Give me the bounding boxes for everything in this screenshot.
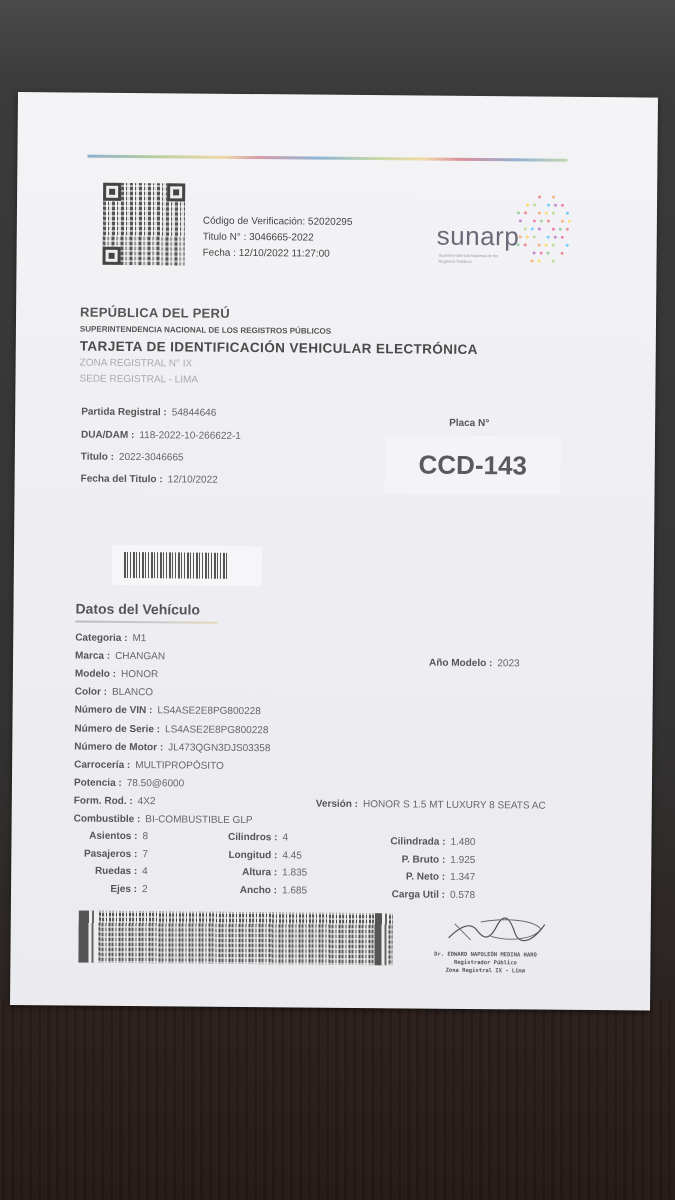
registry-item: DUA/DAM :118-2022-10-266622-1 xyxy=(81,430,241,442)
vehicle-field-value: JL473QGN3DJS03358 xyxy=(168,742,270,754)
vehicle-field: Color :BLANCO xyxy=(75,687,153,699)
header-color-rule xyxy=(87,155,567,162)
registry-item: Fecha del Titulo :12/10/2022 xyxy=(81,474,218,486)
spec-label: Altura : xyxy=(201,867,277,879)
spec-item: Cilindrada :1.480 xyxy=(369,836,479,848)
vehicle-field-label: Modelo : xyxy=(75,669,116,680)
spec-value: 2 xyxy=(142,884,148,895)
signatory-zone: Zona Registral IX - Lima xyxy=(415,967,555,976)
spec-item: Longitud :4.45 xyxy=(201,849,301,861)
spec-value: 4 xyxy=(282,832,288,843)
vehicle-field-value: BI-COMBUSTIBLE GLP xyxy=(145,814,252,826)
vehicle-field-value: CHANGAN xyxy=(115,651,165,662)
verification-code-label: Código de Verificación: xyxy=(203,216,305,228)
registry-label: Titulo : xyxy=(81,452,114,463)
registry-value: 118-2022-10-266622-1 xyxy=(139,430,241,442)
issue-date: Fecha : 12/10/2022 11:27:00 xyxy=(203,246,353,263)
spec-item: Ejes :2 xyxy=(71,883,171,895)
vehicle-field-label: Marca : xyxy=(75,651,110,662)
spec-item: Altura :1.835 xyxy=(201,867,301,879)
logo-wordmark: sunarp xyxy=(437,221,520,253)
verification-block: Código de Verificación: 52020295 Titulo … xyxy=(203,214,353,263)
vehicle-field-label: Color : xyxy=(75,687,107,698)
registry-zone: ZONA REGISTRAL N° IX xyxy=(80,358,193,370)
vehicle-field: Número de Serie :LS4ASE2E8PG800228 xyxy=(74,723,268,736)
spec-item: P. Bruto :1.925 xyxy=(369,854,479,866)
vehicle-field: Marca :CHANGAN xyxy=(75,651,165,663)
verification-code: Código de Verificación: 52020295 xyxy=(203,214,353,231)
signatory-block: Dr. EDWARD NAPOLEÓN MEDINA HARO Registra… xyxy=(415,951,555,976)
plate-label: Placa N° xyxy=(449,418,489,429)
registry-item: Titulo :2022-3046665 xyxy=(81,452,184,464)
spec-item: Asientos :8 xyxy=(71,830,171,842)
agency-heading: SUPERINTENDENCIA NACIONAL DE LOS REGISTR… xyxy=(80,325,331,336)
vehicle-section-title: Datos del Vehículo xyxy=(75,601,200,618)
pdf417-barcode-icon xyxy=(78,911,392,966)
plate-box: CCD-143 xyxy=(385,435,561,495)
vehicle-field-value: BLANCO xyxy=(112,687,153,698)
country-heading: REPÚBLICA DEL PERÚ xyxy=(80,305,230,321)
vehicle-specs: Asientos :8Pasajeros :7Ruedas :4Ejes :2C… xyxy=(18,92,658,98)
spec-value: 8 xyxy=(142,831,148,842)
vehicle-field-label: Potencia : xyxy=(74,777,122,788)
registry-label: Partida Registral : xyxy=(81,407,167,419)
spec-label: Ancho : xyxy=(201,884,277,896)
spec-item: P. Neto :1.347 xyxy=(369,871,479,883)
plate-number: CCD-143 xyxy=(385,449,561,482)
vehicle-field-value: LS4ASE2E8PG800228 xyxy=(157,706,261,718)
registry-label: DUA/DAM : xyxy=(81,430,134,441)
issue-date-value: 12/10/2022 11:27:00 xyxy=(239,248,330,260)
vehicle-field: Número de VIN :LS4ASE2E8PG800228 xyxy=(75,705,261,718)
spec-item: Ruedas :4 xyxy=(71,865,171,877)
wood-table-surface xyxy=(0,1000,675,1200)
qr-code-icon xyxy=(102,183,185,266)
spec-label: P. Neto : xyxy=(369,871,445,883)
logo-subtitle: Superintendencia Nacional de los Registr… xyxy=(439,253,509,266)
title-number-label: Titulo N° : xyxy=(203,232,247,243)
spec-value: 1.347 xyxy=(450,872,475,883)
version-value: HONOR S 1.5 MT LUXURY 8 SEATS AC xyxy=(363,799,546,812)
vehicle-field-label: Carrocería : xyxy=(74,759,130,770)
vehicle-field: Potencia :78.50@6000 xyxy=(74,777,184,789)
model-year-label: Año Modelo : xyxy=(429,658,492,670)
spec-value: 4.45 xyxy=(282,850,302,861)
vehicle-field-label: Número de Motor : xyxy=(74,741,163,753)
spec-label: Cilindros : xyxy=(201,832,277,844)
section-divider xyxy=(75,621,217,624)
vehicle-field: Form. Rod. :4X2 xyxy=(74,795,156,807)
vehicle-field-value: LS4ASE2E8PG800228 xyxy=(165,724,269,736)
vehicle-field-value: 78.50@6000 xyxy=(127,778,185,790)
vehicle-field-label: Número de VIN : xyxy=(75,705,153,717)
vehicle-field: Carrocería :MULTIPROPÓSITO xyxy=(74,759,224,771)
spec-value: 1.685 xyxy=(282,885,307,896)
sunarp-logo: sunarp Superintendencia Nacional de los … xyxy=(436,191,577,272)
barcode-icon xyxy=(124,552,228,579)
registry-item: Partida Registral :54844646 xyxy=(81,407,216,419)
spec-value: 1.835 xyxy=(282,867,307,878)
spec-value: 1.925 xyxy=(450,854,475,865)
signature-icon xyxy=(441,916,551,947)
vehicle-field-value: MULTIPROPÓSITO xyxy=(135,760,224,772)
spec-item: Pasajeros :7 xyxy=(71,848,171,860)
verification-code-value: 52020295 xyxy=(308,217,353,228)
spec-label: Carga Util : xyxy=(369,889,445,901)
registry-value: 54844646 xyxy=(172,407,217,418)
document-title: TARJETA DE IDENTIFICACIÓN VEHICULAR ELEC… xyxy=(80,339,478,357)
vehicle-field: Categoria :M1 xyxy=(75,633,146,645)
registry-office: SEDE REGISTRAL - LIMA xyxy=(79,374,198,386)
vehicle-field: Modelo :HONOR xyxy=(75,669,158,681)
spec-value: 4 xyxy=(142,866,148,877)
vehicle-field-label: Número de Serie : xyxy=(74,723,160,735)
spec-label: Asientos : xyxy=(71,830,137,842)
spec-value: 1.480 xyxy=(450,837,475,848)
spec-label: Pasajeros : xyxy=(71,848,137,860)
spec-label: Ejes : xyxy=(71,883,137,895)
spec-value: 7 xyxy=(142,849,148,860)
model-year-value: 2023 xyxy=(497,658,519,669)
spec-item: Carga Util :0.578 xyxy=(369,889,479,901)
version: Versión :HONOR S 1.5 MT LUXURY 8 SEATS A… xyxy=(316,799,546,812)
vehicle-field: Número de Motor :JL473QGN3DJS03358 xyxy=(74,741,270,754)
title-number-value: 3046665-2022 xyxy=(249,232,314,244)
vehicle-field-label: Form. Rod. : xyxy=(74,795,133,807)
title-number: Titulo N° : 3046665-2022 xyxy=(203,230,353,247)
spec-value: 0.578 xyxy=(450,889,475,900)
spec-label: Ruedas : xyxy=(71,865,137,877)
qr-finder-icon xyxy=(167,183,185,201)
logo-dots-icon xyxy=(508,191,575,268)
qr-finder-icon xyxy=(102,247,120,265)
registry-value: 12/10/2022 xyxy=(168,474,218,485)
qr-finder-icon xyxy=(103,183,121,201)
issue-date-label: Fecha : xyxy=(203,248,236,259)
version-label: Versión : xyxy=(316,799,358,810)
vehicle-field: Combustible :BI-COMBUSTIBLE GLP xyxy=(74,814,253,827)
model-year: Año Modelo :2023 xyxy=(429,658,520,670)
spec-label: P. Bruto : xyxy=(369,854,445,866)
registry-label: Fecha del Titulo : xyxy=(81,474,163,486)
vehicle-field-value: M1 xyxy=(132,633,146,644)
vehicle-field-value: HONOR xyxy=(121,669,158,680)
vehicle-fields: Categoria :M1Marca :CHANGANModelo :HONOR… xyxy=(18,92,658,98)
vehicle-field-label: Categoria : xyxy=(75,633,127,644)
vehicle-id-card-document: Código de Verificación: 52020295 Titulo … xyxy=(10,92,658,1011)
spec-label: Longitud : xyxy=(201,849,277,861)
spec-item: Cilindros :4 xyxy=(201,832,301,844)
vehicle-field-value: 4X2 xyxy=(138,796,156,807)
spec-label: Cilindrada : xyxy=(369,836,445,848)
registry-value: 2022-3046665 xyxy=(119,452,184,464)
spec-item: Ancho :1.685 xyxy=(201,884,301,896)
vehicle-field-label: Combustible : xyxy=(74,814,141,826)
